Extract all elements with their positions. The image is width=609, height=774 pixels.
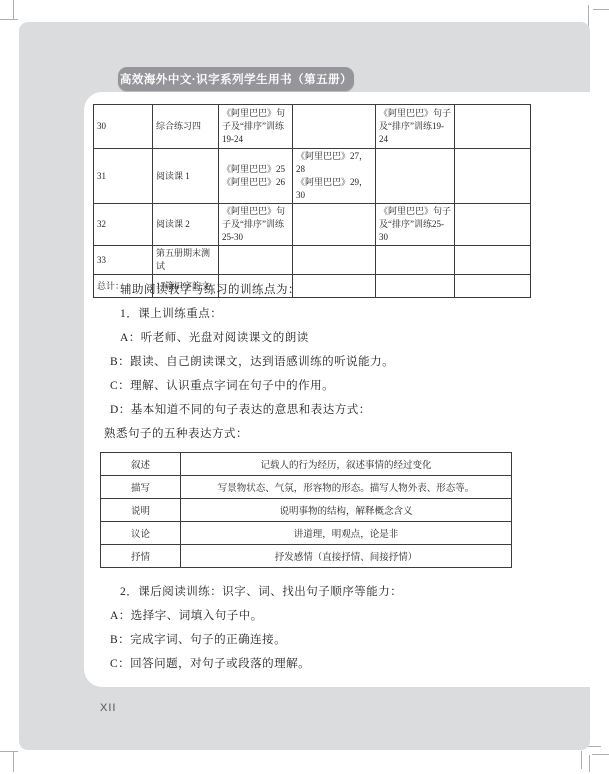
series-title-badge: 高效海外中文·识字系列学生用书（第五册） [118,67,354,91]
lesson-name: 第五册期末测试 [153,246,219,275]
lesson-material [455,105,531,149]
lesson-material [376,149,455,204]
table-row: 叙述 记载人的行为经历，叙述事情的经过变化 [101,453,512,476]
list-item: A：听老师、光盘对阅读课文的朗读 [120,326,554,350]
lesson-schedule-table: 30 综合练习四 《阿里巴巴》句子及“排序”训练19-24 《阿里巴巴》句子及“… [93,104,531,298]
expression-desc: 说明事物的结构，解释概念含义 [181,499,512,522]
lesson-name: 阅读课 1 [153,149,219,204]
list-item: C：回答问题，对句子或段落的理解。 [110,652,554,676]
notes-intro: 辅助阅读教学与练习的训练点为： [120,278,554,302]
lesson-number: 30 [94,105,153,149]
lesson-material [293,246,376,275]
reading-notes-section-1: 辅助阅读教学与练习的训练点为： 1．课上训练重点： A：听老师、光盘对阅读课文的… [84,278,554,446]
list-item: D：基本知道不同的句子表达的意思和表达方式： [110,398,554,422]
expression-desc: 记载人的行为经历，叙述事情的经过变化 [181,453,512,476]
lesson-number: 33 [94,246,153,275]
expression-intro: 熟悉句子的五种表达方式： [104,422,554,446]
reading-notes-section-2: 2．课后阅读训练：识字、词、找出句子顺序等能力： A：选择字、词填入句子中。 B… [84,580,554,676]
crop-mark-top-right-h [593,9,609,10]
list-item: B：完成字词、句子的正确连接。 [110,628,554,652]
expression-desc: 写景物状态、气氛，形容物的形态。描写人物外表、形态等。 [181,476,512,499]
section2-title: 2．课后阅读训练：识字、词、找出句子顺序等能力： [120,580,554,604]
lesson-material [455,246,531,275]
crop-mark-bottom-right-v1 [581,751,582,769]
lesson-number: 32 [94,204,153,246]
list-item: C：理解、认识重点字词在句子中的作用。 [110,374,554,398]
crop-mark-top-right-v [588,5,589,27]
lesson-material: 《阿里巴巴》句子及“排序”训练25-30 [219,204,293,246]
expression-type: 抒情 [101,545,181,568]
expression-type: 议论 [101,522,181,545]
crop-mark-bottom-right-h2 [592,754,609,755]
series-title-text: 高效海外中文·识字系列学生用书（第五册） [120,71,352,87]
lesson-material [455,149,531,204]
lesson-material [293,204,376,246]
lesson-material: 《阿里巴巴》句子及“排序”训练25-30 [376,204,455,246]
expression-desc: 讲道理，明观点，论是非 [181,522,512,545]
section1-title: 1．课上训练重点： [120,302,554,326]
lesson-material [376,246,455,275]
table-row: 33 第五册期末测试 [94,246,531,275]
lesson-material [219,246,293,275]
table-row: 说明 说明事物的结构，解释概念含义 [101,499,512,522]
lesson-material [293,105,376,149]
table-row: 30 综合练习四 《阿里巴巴》句子及“排序”训练19-24 《阿里巴巴》句子及“… [94,105,531,149]
table-row: 议论 讲道理，明观点，论是非 [101,522,512,545]
table-row: 抒情 抒发感情（直接抒情、间接抒情） [101,545,512,568]
expression-desc: 抒发感情（直接抒情、间接抒情） [181,545,512,568]
crop-mark-top-left-h [0,19,18,20]
lesson-material: 《阿里巴巴》句子及“排序”训练19-24 [376,105,455,149]
lesson-material: 《阿里巴巴》27，28 《阿里巴巴》29，30 [293,149,376,204]
expression-type: 描写 [101,476,181,499]
expression-type: 说明 [101,499,181,522]
lesson-name: 阅读课 2 [153,204,219,246]
lesson-number: 31 [94,149,153,204]
expression-type: 叙述 [101,453,181,476]
lesson-material: 《阿里巴巴》25 《阿里巴巴》26 [219,149,293,204]
expression-styles-table: 叙述 记载人的行为经历，叙述事情的经过变化 描写 写景物状态、气氛，形容物的形态… [100,452,512,568]
lesson-material: 《阿里巴巴》句子及“排序”训练19-24 [219,105,293,149]
table-row: 31 阅读课 1 《阿里巴巴》25 《阿里巴巴》26 《阿里巴巴》27，28 《… [94,149,531,204]
list-item: B：跟读、自己朗读课文，达到语感训练的听说能力。 [110,350,554,374]
crop-mark-top-left-v [13,0,14,20]
table-row: 描写 写景物状态、气氛，形容物的形态。描写人物外表、形态等。 [101,476,512,499]
crop-mark-bottom-right-v2 [589,755,590,772]
scanned-book-page: 高效海外中文·识字系列学生用书（第五册） 30 综合练习四 《阿里巴巴》句子及“… [0,0,609,774]
lesson-material [455,204,531,246]
crop-mark-bottom-left-h [0,751,18,752]
page-number: XII [100,702,116,714]
crop-mark-bottom-left-v [13,752,14,772]
table-row: 32 阅读课 2 《阿里巴巴》句子及“排序”训练25-30 《阿里巴巴》句子及“… [94,204,531,246]
lesson-name: 综合练习四 [153,105,219,149]
list-item: A：选择字、词填入句子中。 [110,604,554,628]
